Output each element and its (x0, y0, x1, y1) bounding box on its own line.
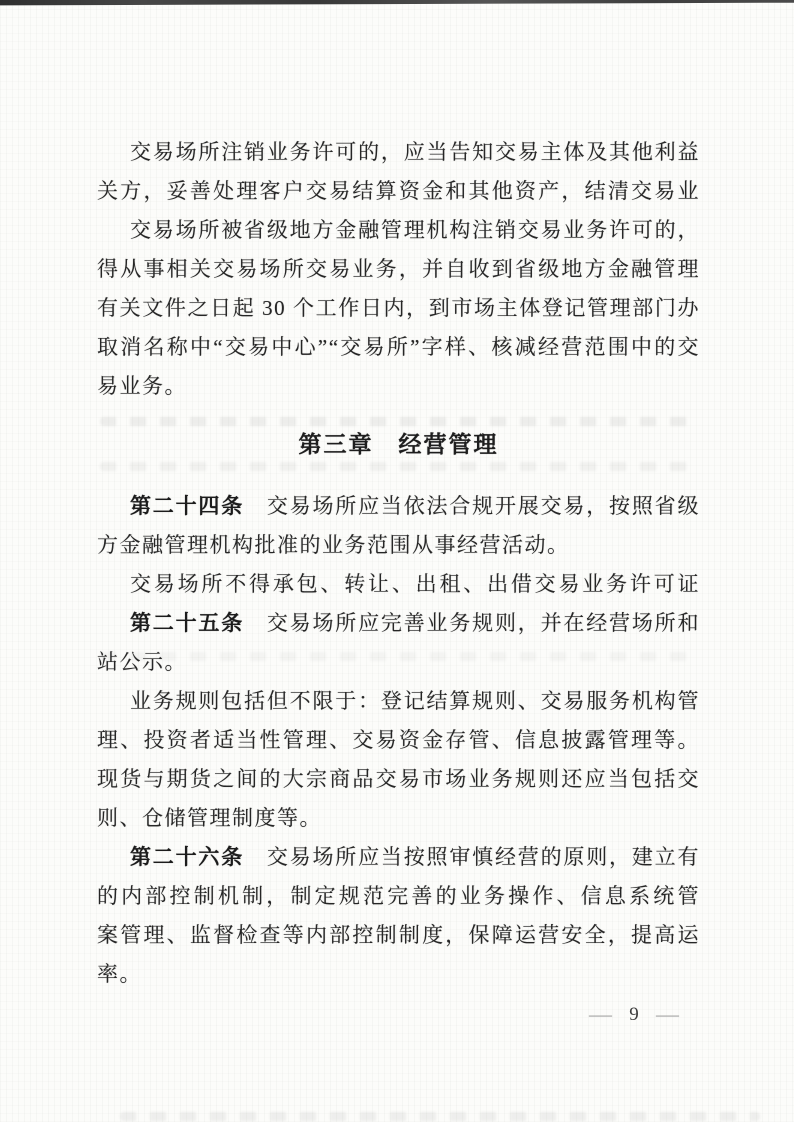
chapter-heading: 第三章 经营管理 (97, 425, 700, 464)
text-line: 站公示。 (97, 643, 700, 682)
article-number: 第二十四条 (130, 495, 244, 518)
text-line: 案管理、监督检查等内部控制制度，保障运营安全，提高运营效 (97, 916, 700, 955)
text-line: 交易场所注销业务许可的，应当告知交易主体及其他利益相 (97, 133, 700, 172)
text-line: 方金融管理机构批准的业务范围从事经营活动。 (97, 526, 700, 565)
bleedthrough-artifact (120, 1112, 760, 1121)
text-line: 得从事相关交易场所交易业务，并自收到省级地方金融管理机构 (97, 250, 700, 289)
text-line: 理、投资者适当性管理、交易资金存管、信息披露管理等。介于 (97, 721, 700, 760)
document-body: 交易场所注销业务许可的，应当告知交易主体及其他利益相关方，妥善处理客户交易结算资… (97, 133, 700, 994)
text-line: 第二十六条 交易场所应当按照审慎经营的原则，建立有效 (97, 838, 700, 877)
text-line: 有关文件之日起 30 个工作日内，到市场主体登记管理部门办理 (97, 289, 700, 328)
text-line: 交易场所不得承包、转让、出租、出借交易业务许可证件。 (97, 565, 700, 604)
page-number: — 9 — (592, 1001, 676, 1029)
scanned-document-page: 交易场所注销业务许可的，应当告知交易主体及其他利益相关方，妥善处理客户交易结算资… (0, 0, 794, 1122)
text-line: 第二十四条 交易场所应当依法合规开展交易，按照省级地 (97, 487, 700, 526)
text-line: 率。 (97, 955, 700, 994)
text-line: 现货与期货之间的大宗商品交易市场业务规则还应当包括交收规 (97, 760, 700, 799)
page-number-dash-right: — (656, 1005, 679, 1025)
text-line: 的内部控制机制，制定规范完善的业务操作、信息系统管理、档 (97, 877, 700, 916)
article-number: 第二十六条 (130, 846, 244, 869)
text-line: 交易场所被省级地方金融管理机构注销交易业务许可的，不 (97, 211, 700, 250)
text-line: 关方，妥善处理客户交易结算资金和其他资产，结清交易业务。 (97, 172, 700, 211)
article-number: 第二十五条 (130, 612, 244, 635)
text-line: 第二十五条 交易场所应完善业务规则，并在经营场所和网 (97, 604, 700, 643)
page-number-value: 9 (629, 1004, 639, 1026)
text-line: 易业务。 (97, 367, 700, 406)
page-number-dash-left: — (589, 1005, 612, 1025)
text-line: 则、仓储管理制度等。 (97, 799, 700, 838)
text-line: 取消名称中“交易中心”“交易所”字样、核减经营范围中的交 (97, 328, 700, 367)
scan-artifact-top-edge (0, 0, 794, 6)
text-line: 业务规则包括但不限于：登记结算规则、交易服务机构管 (97, 682, 700, 721)
